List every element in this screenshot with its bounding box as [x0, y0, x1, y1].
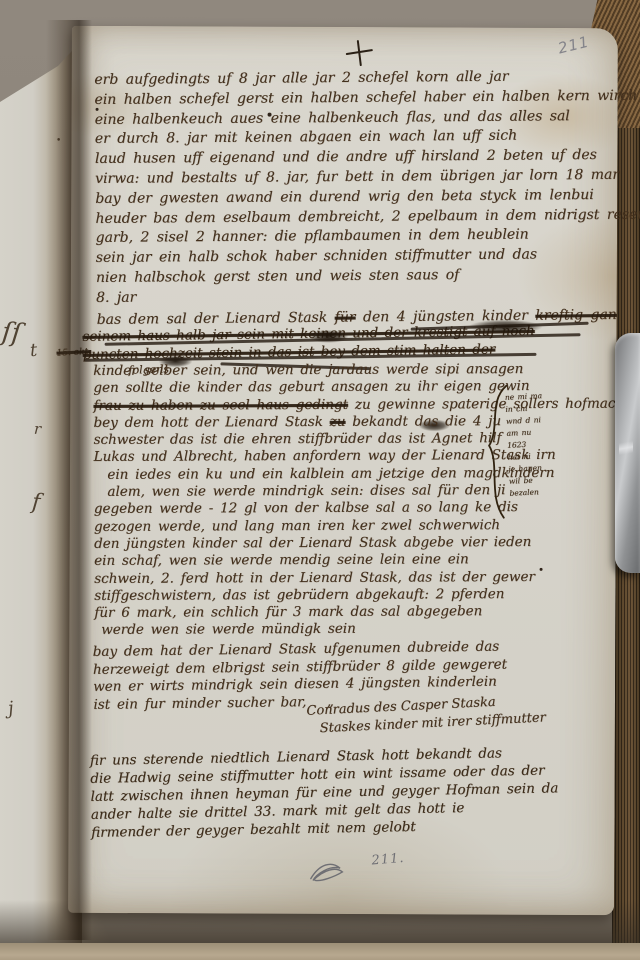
ink-blot [309, 330, 349, 343]
stray-ink-dot: • [56, 136, 61, 146]
stray-ink-stroke: j [7, 698, 15, 719]
ink-blot [469, 320, 543, 334]
margin-date-note: 15. okt: [56, 347, 91, 359]
ink-speck [96, 108, 99, 111]
stray-ink-stroke: ſſ [0, 317, 22, 349]
paragraph-payment: fir uns sterende niedtlich Lienard Stask… [90, 743, 559, 842]
page-weight [615, 333, 640, 573]
right-margin-annotation: ne mi main chiwnd d niam nu1623hat nije … [505, 388, 590, 500]
folio-number-pencil: 211 [556, 33, 591, 58]
pencil-bottom-mark: 211. [305, 845, 448, 892]
pencil-bottom-number: 211. [371, 851, 405, 869]
pencil-scribble [305, 852, 367, 887]
manuscript-photo: ſſ t r f j • 211 erb aufgedingts uf 8 ja… [0, 0, 640, 960]
paragraph-terms: erb aufgedingts uf 8 jar alle jar 2 sche… [94, 67, 640, 309]
stray-ink-stroke: r [34, 420, 42, 438]
ink-speck [268, 113, 272, 117]
table-edge [0, 943, 640, 960]
ink-speck [540, 568, 543, 571]
stray-ink-stroke: f [31, 490, 41, 516]
weight-highlight [619, 373, 633, 523]
manuscript-page: 211 erb aufgedingts uf 8 jar alle jar 2 … [68, 26, 618, 915]
manuscript-line: werde wen sie werde mündigk sein [94, 620, 625, 640]
stray-ink-stroke: t [29, 340, 38, 361]
invocation-cross-icon [344, 40, 374, 70]
